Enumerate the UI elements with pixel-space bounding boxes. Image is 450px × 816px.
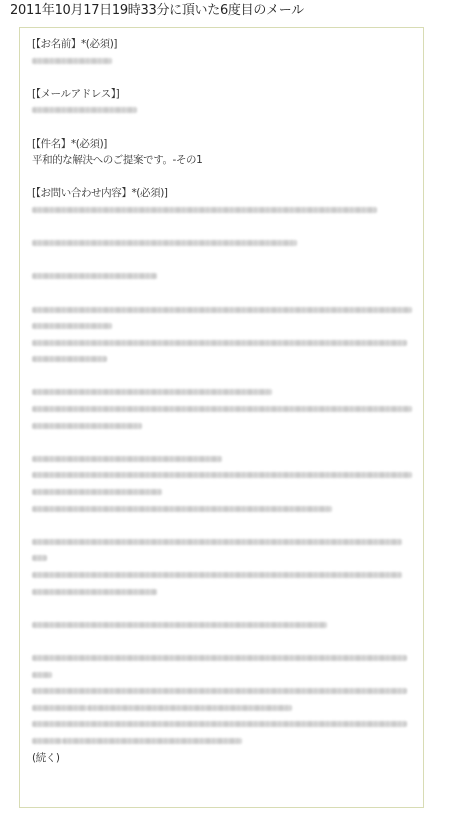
mail-redacted-line (32, 472, 412, 478)
mail-body: [【お名前】*(必須)][【メールアドレス】][【件名】*(必須)]平和的な解決… (32, 36, 413, 766)
mail-redacted-line (87, 705, 292, 711)
mail-blank-line (32, 69, 413, 86)
redacted-text-blur (32, 477, 412, 478)
mail-text-line: [【件名】*(必須)] (32, 136, 413, 153)
mail-redacted-line (32, 207, 377, 213)
mail-redacted-line (32, 107, 137, 113)
mail-redacted-line (32, 456, 222, 462)
mail-text-line: [【お名前】*(必須)] (32, 36, 413, 53)
redacted-text-blur (32, 560, 47, 561)
mail-blank-line (32, 169, 413, 186)
mail-blank-line (32, 517, 413, 534)
redacted-text-blur (32, 428, 142, 429)
redacted-text-blur (32, 494, 162, 495)
mail-blank-line (32, 219, 413, 236)
mail-redacted-line (32, 539, 402, 545)
mail-text-line: [【お問い合わせ内容】*(必須)] (32, 185, 413, 202)
redacted-text-blur (32, 710, 87, 711)
mail-redacted-line (32, 423, 142, 429)
mail-text-line: 平和的な解決へのご提案です。-その1 (32, 152, 413, 169)
mail-blank-line (32, 368, 413, 385)
redacted-text-blur (32, 461, 222, 462)
mail-redacted-line (32, 307, 412, 313)
redacted-text-blur (32, 544, 402, 545)
redacted-text-blur (32, 594, 157, 595)
redacted-text-blur (32, 677, 52, 678)
redacted-text-blur (32, 726, 407, 727)
redacted-text-blur (32, 511, 332, 512)
redacted-text-blur (32, 660, 407, 661)
redacted-text-blur (32, 743, 62, 744)
redacted-text-blur (32, 693, 407, 694)
mail-redacted-line (32, 721, 407, 727)
mail-redacted-line (32, 705, 87, 711)
mail-redacted-line (32, 406, 412, 412)
mail-redacted-line (62, 738, 242, 744)
mail-redacted-line (32, 340, 407, 346)
mail-text-line: [【メールアドレス】] (32, 86, 413, 103)
page-title: 2011年10月17日19時33分に頂いた6度目のメール (10, 2, 304, 20)
mail-blank-line (32, 600, 413, 617)
redacted-text-blur (32, 577, 402, 578)
mail-redacted-line (32, 273, 157, 279)
mail-blank-line (32, 633, 413, 650)
redacted-text-blur (32, 328, 112, 329)
mail-blank-line (32, 434, 413, 451)
mail-redacted-line (32, 323, 112, 329)
redacted-text-blur (62, 743, 242, 744)
mail-redacted-line (32, 672, 52, 678)
mail-redacted-line (32, 240, 297, 246)
mail-text-line: (続く) (32, 750, 413, 767)
mail-redacted-line (32, 738, 62, 744)
redacted-text-blur (32, 112, 137, 113)
redacted-text-blur (32, 212, 377, 213)
redacted-text-blur (32, 245, 297, 246)
redacted-text-blur (32, 627, 327, 628)
mail-redacted-line (32, 655, 407, 661)
mail-redacted-line (32, 489, 162, 495)
mail-redacted-line (32, 506, 332, 512)
mail-redacted-line (32, 622, 327, 628)
mail-redacted-line (32, 389, 272, 395)
redacted-text-blur (32, 278, 157, 279)
mail-redacted-line (32, 572, 402, 578)
mail-blank-line (32, 119, 413, 136)
redacted-text-blur (32, 361, 107, 362)
redacted-text-blur (87, 710, 292, 711)
mail-content-box: [【お名前】*(必須)][【メールアドレス】][【件名】*(必須)]平和的な解決… (19, 27, 424, 808)
redacted-text-blur (32, 411, 412, 412)
mail-redacted-line (32, 356, 107, 362)
redacted-text-blur (32, 394, 272, 395)
mail-blank-line (32, 252, 413, 269)
mail-blank-line (32, 285, 413, 302)
mail-redacted-line (32, 589, 157, 595)
mail-redacted-line (32, 58, 112, 64)
redacted-text-blur (32, 312, 412, 313)
redacted-text-blur (32, 345, 407, 346)
redacted-text-blur (32, 63, 112, 64)
mail-redacted-line (32, 688, 407, 694)
mail-redacted-line (32, 555, 47, 561)
